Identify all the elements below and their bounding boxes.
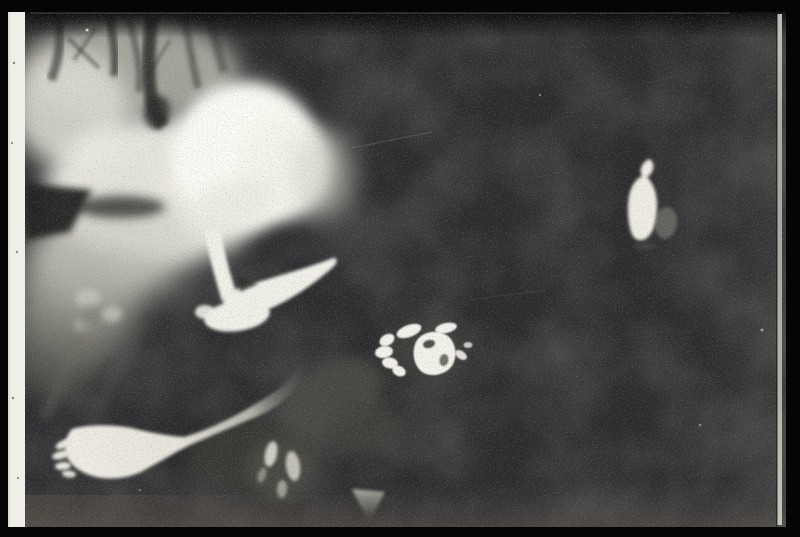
strip-speck [13, 62, 15, 64]
strip-speck [16, 251, 18, 253]
right-edge-dark-seam [776, 12, 777, 527]
film-edge-strip [8, 12, 25, 527]
photo-area [8, 12, 786, 527]
slide-photograph: High-contrast black-and-white slide phot… [0, 0, 800, 537]
strip-inner-line [8, 12, 10, 527]
screenshot-root: High-contrast black-and-white slide phot… [0, 0, 800, 537]
right-edge-line [778, 14, 783, 525]
strip-speck [17, 477, 19, 479]
film-grain [8, 12, 786, 527]
strip-shape [8, 12, 25, 527]
strip-speck [11, 142, 13, 144]
strip-speck [12, 397, 14, 399]
